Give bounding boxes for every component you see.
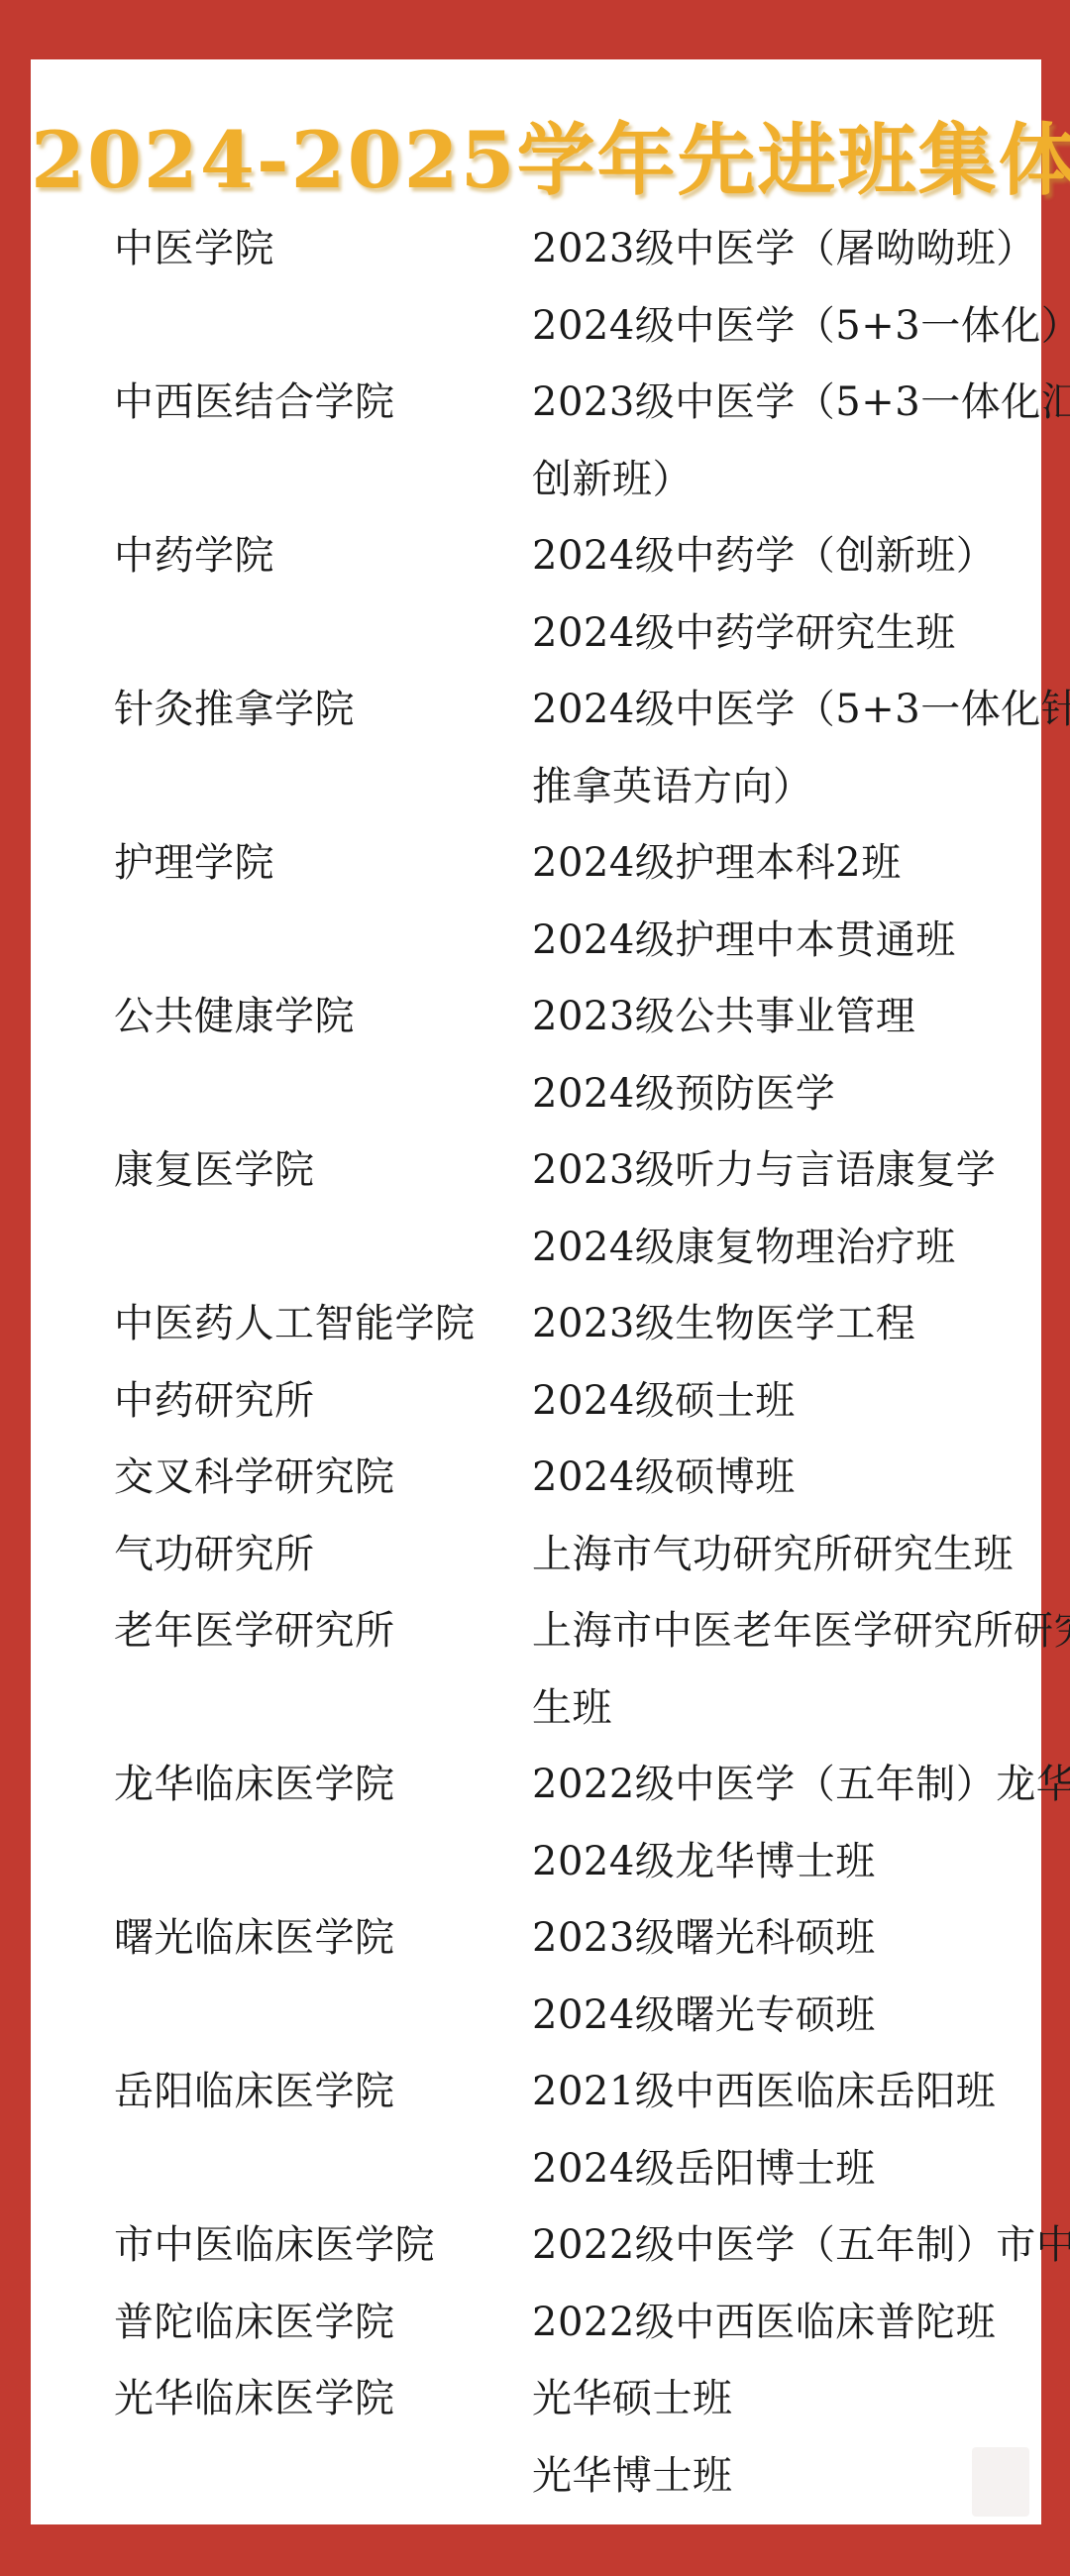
class-name: 2022级中西医临床普陀班 bbox=[532, 2291, 1041, 2347]
table-row: 2024级中药学研究生班 bbox=[31, 591, 1041, 669]
table-row: 护理学院 2024级护理本科2班 bbox=[31, 821, 1041, 899]
table-row: 曙光临床医学院 2023级曙光科硕班 bbox=[31, 1896, 1041, 1974]
table-row: 中医学院 2023级中医学（屠呦呦班） bbox=[31, 207, 1041, 284]
table-row: 2024级康复物理治疗班 bbox=[31, 1206, 1041, 1283]
class-name: 2024级硕士班 bbox=[532, 1369, 1041, 1426]
class-name: 2021级中西医临床岳阳班 bbox=[532, 2060, 1041, 2116]
table-row: 气功研究所 上海市气功研究所研究生班 bbox=[31, 1513, 1041, 1590]
table-row: 光华临床医学院 光华硕士班 bbox=[31, 2357, 1041, 2434]
page-title: 2024-2025学年先进班集体 bbox=[31, 59, 1041, 210]
class-name: 2024级中药学（创新班） bbox=[532, 524, 1041, 581]
class-name: 光华硕士班 bbox=[532, 2367, 1041, 2423]
class-name: 上海市气功研究所研究生班 bbox=[532, 1523, 1041, 1579]
college-name: 龙华临床医学院 bbox=[114, 1753, 532, 1809]
table-row: 2024级曙光专硕班 bbox=[31, 1974, 1041, 2051]
college-name: 中医药人工智能学院 bbox=[114, 1292, 532, 1348]
class-name: 2024级岳阳博士班 bbox=[532, 2137, 1041, 2194]
table-row: 光华博士班 bbox=[31, 2434, 1041, 2512]
class-name: 2024级康复物理治疗班 bbox=[532, 1216, 1041, 1272]
table-row: 公共健康学院 2023级公共事业管理 bbox=[31, 975, 1041, 1052]
class-name: 上海市中医老年医学研究所研究 bbox=[532, 1599, 1070, 1656]
table-row: 普陀临床医学院 2022级中西医临床普陀班 bbox=[31, 2281, 1041, 2358]
class-name: 2024级龙华博士班 bbox=[532, 1830, 1041, 1886]
class-name: 光华博士班 bbox=[532, 2444, 1041, 2501]
table-row: 交叉科学研究院 2024级硕博班 bbox=[31, 1436, 1041, 1513]
college-name: 中医学院 bbox=[114, 217, 532, 273]
class-name: 推拿英语方向） bbox=[532, 755, 1041, 811]
college-name: 普陀临床医学院 bbox=[114, 2291, 532, 2347]
class-name: 2023级生物医学工程 bbox=[532, 1292, 1041, 1348]
table-row: 中药学院 2024级中药学（创新班） bbox=[31, 514, 1041, 591]
class-name: 2022级中医学（五年制）市中医班 bbox=[532, 2213, 1070, 2270]
class-name: 2024级预防医学 bbox=[532, 1062, 1041, 1119]
table-row: 2024级护理中本贯通班 bbox=[31, 899, 1041, 976]
table-row: 岳阳临床医学院 2021级中西医临床岳阳班 bbox=[31, 2050, 1041, 2127]
college-name: 针灸推拿学院 bbox=[114, 678, 532, 734]
college-name: 气功研究所 bbox=[114, 1523, 532, 1579]
college-name: 中西医结合学院 bbox=[114, 371, 532, 427]
table-row: 龙华临床医学院 2022级中医学（五年制）龙华班 bbox=[31, 1743, 1041, 1820]
table-row: 针灸推拿学院 2024级中医学（5+3一体化针灸 bbox=[31, 668, 1041, 745]
table-row: 生班 bbox=[31, 1666, 1041, 1744]
class-name: 2024级中药学研究生班 bbox=[532, 601, 1041, 658]
table-row: 康复医学院 2023级听力与言语康复学 bbox=[31, 1128, 1041, 1206]
college-name: 曙光临床医学院 bbox=[114, 1906, 532, 1963]
table-row: 2024级预防医学 bbox=[31, 1052, 1041, 1129]
content-panel: 2024-2025学年先进班集体 中医学院 2023级中医学（屠呦呦班） 202… bbox=[31, 59, 1041, 2524]
table-row: 中医药人工智能学院 2023级生物医学工程 bbox=[31, 1282, 1041, 1359]
table-row: 推拿英语方向） bbox=[31, 745, 1041, 822]
class-name: 2024级曙光专硕班 bbox=[532, 1984, 1041, 2040]
college-name: 交叉科学研究院 bbox=[114, 1446, 532, 1502]
class-name: 2022级中医学（五年制）龙华班 bbox=[532, 1753, 1070, 1809]
college-name: 中药学院 bbox=[114, 524, 532, 581]
class-name: 2023级公共事业管理 bbox=[532, 985, 1041, 1041]
class-name: 2024级中医学（5+3一体化） bbox=[532, 294, 1070, 351]
class-name: 2024级硕博班 bbox=[532, 1446, 1041, 1502]
class-name: 2023级曙光科硕班 bbox=[532, 1906, 1041, 1963]
college-name: 市中医临床医学院 bbox=[114, 2213, 532, 2270]
class-name: 2023级中医学（屠呦呦班） bbox=[532, 217, 1041, 273]
class-name: 2024级护理中本贯通班 bbox=[532, 909, 1041, 965]
table-row: 2024级中医学（5+3一体化） bbox=[31, 284, 1041, 362]
college-name: 老年医学研究所 bbox=[114, 1599, 532, 1656]
table-row: 创新班） bbox=[31, 438, 1041, 515]
college-name: 光华临床医学院 bbox=[114, 2367, 532, 2423]
class-name: 2024级护理本科2班 bbox=[532, 831, 1041, 888]
college-name: 护理学院 bbox=[114, 831, 532, 888]
table-row: 市中医临床医学院 2022级中医学（五年制）市中医班 bbox=[31, 2203, 1041, 2281]
class-name: 2023级听力与言语康复学 bbox=[532, 1138, 1041, 1195]
college-name: 公共健康学院 bbox=[114, 985, 532, 1041]
college-name: 中药研究所 bbox=[114, 1369, 532, 1426]
college-name: 康复医学院 bbox=[114, 1138, 532, 1195]
table-row: 老年医学研究所 上海市中医老年医学研究所研究 bbox=[31, 1589, 1041, 1666]
class-name: 创新班） bbox=[532, 448, 1041, 504]
table-row: 中西医结合学院 2023级中医学（5+3一体化汇聚 bbox=[31, 361, 1041, 438]
class-name: 2024级中医学（5+3一体化针灸 bbox=[532, 678, 1070, 734]
class-name: 2023级中医学（5+3一体化汇聚 bbox=[532, 371, 1070, 427]
class-name: 生班 bbox=[532, 1676, 1041, 1733]
table-row: 2024级岳阳博士班 bbox=[31, 2127, 1041, 2204]
table-row: 中药研究所 2024级硕士班 bbox=[31, 1359, 1041, 1437]
awards-table: 中医学院 2023级中医学（屠呦呦班） 2024级中医学（5+3一体化） 中西医… bbox=[31, 207, 1041, 2511]
watermark bbox=[972, 2447, 1029, 2517]
college-name: 岳阳临床医学院 bbox=[114, 2060, 532, 2116]
table-row: 2024级龙华博士班 bbox=[31, 1820, 1041, 1897]
